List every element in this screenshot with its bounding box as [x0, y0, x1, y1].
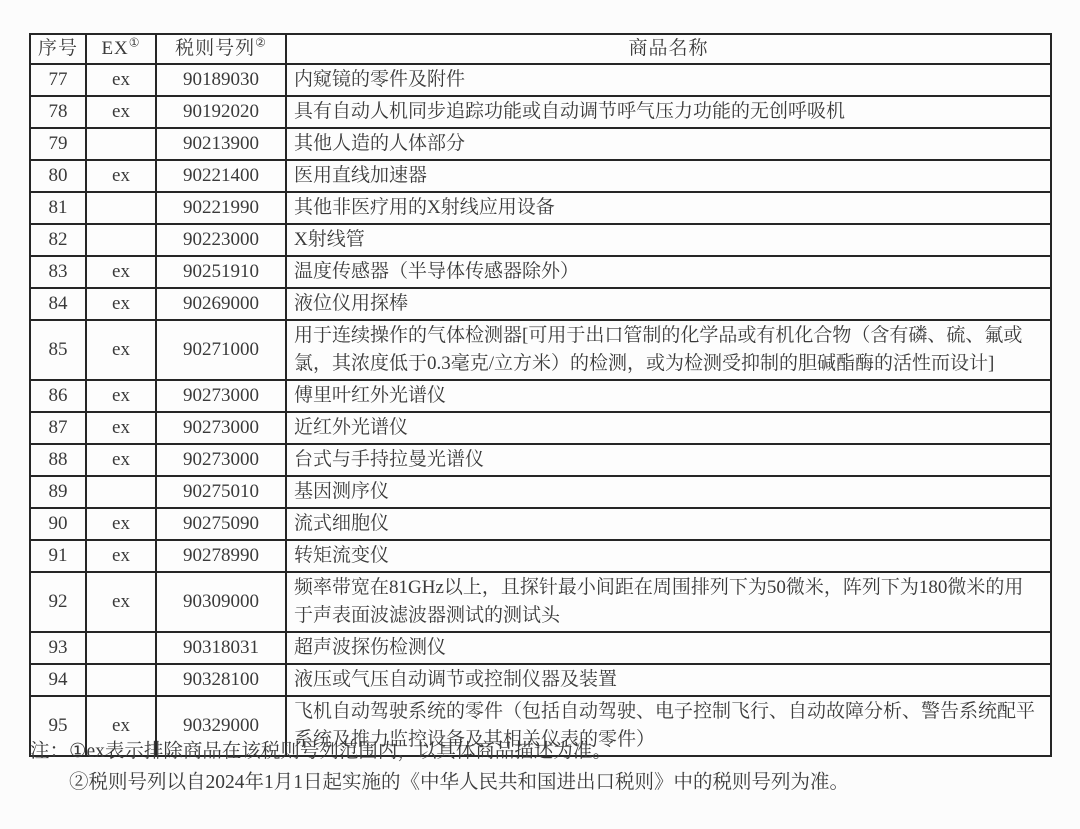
- cell-no: 85: [30, 320, 86, 380]
- cell-code: 90278990: [156, 540, 286, 572]
- table-row: 85ex90271000用于连续操作的气体检测器[可用于出口管制的化学品或有机化…: [30, 320, 1051, 380]
- cell-no: 90: [30, 508, 86, 540]
- tariff-table: 序号EX①税则号列②商品名称 77ex90189030内窥镜的零件及附件78ex…: [29, 33, 1052, 757]
- cell-name: 转矩流变仪: [286, 540, 1051, 572]
- cell-ex: ex: [86, 572, 156, 632]
- cell-no: 89: [30, 476, 86, 508]
- cell-no: 87: [30, 412, 86, 444]
- cell-ex: [86, 632, 156, 664]
- footnote-line: ②税则号列以自2024年1月1日起实施的《中华人民共和国进出口税则》中的税则号列…: [69, 767, 1050, 798]
- cell-no: 83: [30, 256, 86, 288]
- cell-code: 90328100: [156, 664, 286, 696]
- cell-no: 80: [30, 160, 86, 192]
- cell-name: 内窥镜的零件及附件: [286, 64, 1051, 96]
- cell-name: 其他非医疗用的X射线应用设备: [286, 192, 1051, 224]
- cell-no: 81: [30, 192, 86, 224]
- cell-name: 液压或气压自动调节或控制仪器及装置: [286, 664, 1051, 696]
- cell-code: 90271000: [156, 320, 286, 380]
- table-row: 8990275010基因测序仪: [30, 476, 1051, 508]
- table-row: 8290223000X射线管: [30, 224, 1051, 256]
- cell-no: 94: [30, 664, 86, 696]
- column-header-superscript: ②: [255, 36, 267, 50]
- cell-name: 医用直线加速器: [286, 160, 1051, 192]
- footnotes-items: ①ex表示排除商品在该税则号列范围内，以具体商品描述为准。②税则号列以自2024…: [69, 736, 1050, 798]
- cell-name: 近红外光谱仪: [286, 412, 1051, 444]
- cell-no: 82: [30, 224, 86, 256]
- cell-code: 90273000: [156, 412, 286, 444]
- cell-no: 79: [30, 128, 86, 160]
- column-header-0: 序号: [30, 34, 86, 64]
- cell-name: 流式细胞仪: [286, 508, 1051, 540]
- cell-code: 90213900: [156, 128, 286, 160]
- table-row: 78ex90192020具有自动人机同步追踪功能或自动调节呼气压力功能的无创呼吸…: [30, 96, 1051, 128]
- cell-code: 90221990: [156, 192, 286, 224]
- table-header-row: 序号EX①税则号列②商品名称: [30, 34, 1051, 64]
- cell-no: 78: [30, 96, 86, 128]
- cell-code: 90251910: [156, 256, 286, 288]
- table-row: 80ex90221400医用直线加速器: [30, 160, 1051, 192]
- table-row: 77ex90189030内窥镜的零件及附件: [30, 64, 1051, 96]
- cell-name: 傅里叶红外光谱仪: [286, 380, 1051, 412]
- cell-code: 90273000: [156, 444, 286, 476]
- table-row: 9390318031超声波探伤检测仪: [30, 632, 1051, 664]
- column-header-superscript: ①: [129, 36, 141, 50]
- cell-ex: ex: [86, 96, 156, 128]
- cell-ex: ex: [86, 540, 156, 572]
- cell-ex: ex: [86, 444, 156, 476]
- cell-name: 台式与手持拉曼光谱仪: [286, 444, 1051, 476]
- cell-name: 温度传感器（半导体传感器除外）: [286, 256, 1051, 288]
- cell-no: 84: [30, 288, 86, 320]
- cell-ex: [86, 664, 156, 696]
- cell-no: 77: [30, 64, 86, 96]
- column-header-3: 商品名称: [286, 34, 1051, 64]
- cell-no: 92: [30, 572, 86, 632]
- cell-name: 液位仪用探棒: [286, 288, 1051, 320]
- cell-no: 91: [30, 540, 86, 572]
- cell-code: 90309000: [156, 572, 286, 632]
- cell-ex: ex: [86, 508, 156, 540]
- cell-name: 用于连续操作的气体检测器[可用于出口管制的化学品或有机化合物（含有磷、硫、氟或氯…: [286, 320, 1051, 380]
- cell-ex: ex: [86, 320, 156, 380]
- cell-code: 90223000: [156, 224, 286, 256]
- cell-ex: ex: [86, 256, 156, 288]
- table-row: 86ex90273000傅里叶红外光谱仪: [30, 380, 1051, 412]
- cell-ex: ex: [86, 380, 156, 412]
- footnotes: 注： ①ex表示排除商品在该税则号列范围内，以具体商品描述为准。②税则号列以自2…: [30, 736, 1050, 798]
- table-row: 9490328100液压或气压自动调节或控制仪器及装置: [30, 664, 1051, 696]
- footnote-line: ①ex表示排除商品在该税则号列范围内，以具体商品描述为准。: [69, 736, 1050, 767]
- cell-name: 基因测序仪: [286, 476, 1051, 508]
- cell-code: 90275010: [156, 476, 286, 508]
- cell-code: 90273000: [156, 380, 286, 412]
- cell-code: 90269000: [156, 288, 286, 320]
- cell-ex: ex: [86, 412, 156, 444]
- table-row: 88ex90273000台式与手持拉曼光谱仪: [30, 444, 1051, 476]
- table-row: 8190221990其他非医疗用的X射线应用设备: [30, 192, 1051, 224]
- cell-no: 93: [30, 632, 86, 664]
- cell-code: 90189030: [156, 64, 286, 96]
- table-row: 91ex90278990转矩流变仪: [30, 540, 1051, 572]
- cell-ex: [86, 128, 156, 160]
- cell-ex: ex: [86, 64, 156, 96]
- table-body: 77ex90189030内窥镜的零件及附件78ex90192020具有自动人机同…: [30, 64, 1051, 756]
- table-row: 92ex90309000频率带宽在81GHz以上，且探针最小间距在周围排列下为5…: [30, 572, 1051, 632]
- column-header-1: EX①: [86, 34, 156, 64]
- cell-ex: [86, 476, 156, 508]
- cell-no: 86: [30, 380, 86, 412]
- cell-name: 其他人造的人体部分: [286, 128, 1051, 160]
- cell-ex: ex: [86, 288, 156, 320]
- table-row: 83ex90251910温度传感器（半导体传感器除外）: [30, 256, 1051, 288]
- cell-no: 88: [30, 444, 86, 476]
- cell-name: 具有自动人机同步追踪功能或自动调节呼气压力功能的无创呼吸机: [286, 96, 1051, 128]
- table-row: 87ex90273000近红外光谱仪: [30, 412, 1051, 444]
- table-row: 90ex90275090流式细胞仪: [30, 508, 1051, 540]
- cell-ex: [86, 192, 156, 224]
- document-page: 序号EX①税则号列②商品名称 77ex90189030内窥镜的零件及附件78ex…: [0, 0, 1080, 829]
- cell-code: 90275090: [156, 508, 286, 540]
- table-row: 84ex90269000液位仪用探棒: [30, 288, 1051, 320]
- cell-code: 90318031: [156, 632, 286, 664]
- cell-ex: [86, 224, 156, 256]
- column-header-2: 税则号列②: [156, 34, 286, 64]
- cell-ex: ex: [86, 160, 156, 192]
- table-row: 7990213900其他人造的人体部分: [30, 128, 1051, 160]
- footnotes-prefix: 注：: [30, 736, 69, 767]
- cell-code: 90192020: [156, 96, 286, 128]
- cell-name: 频率带宽在81GHz以上，且探针最小间距在周围排列下为50微米，阵列下为180微…: [286, 572, 1051, 632]
- cell-code: 90221400: [156, 160, 286, 192]
- cell-name: 超声波探伤检测仪: [286, 632, 1051, 664]
- cell-name: X射线管: [286, 224, 1051, 256]
